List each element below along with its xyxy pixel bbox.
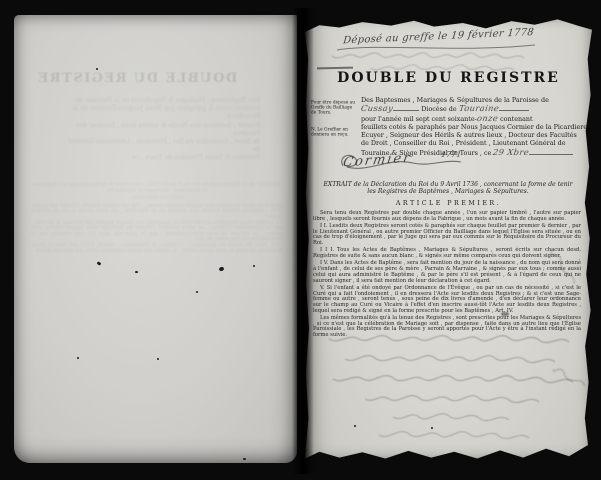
extract-heading: EXTRAIT de la Déclaration du Roi du 9 Av…: [319, 181, 577, 195]
fill-rule: [499, 106, 529, 111]
handwritten-parish: Cussay: [360, 104, 393, 112]
bleed-line: I I I. Tous les Actes de Baptêmes , Mari…: [31, 243, 283, 254]
printed-text: contenant: [500, 115, 533, 123]
extract-body: Sera tenu deux Registres par double chaq…: [313, 211, 581, 340]
ink-speck: [243, 458, 246, 460]
margin-note: Pour être déposé au Greffe du Bailliage …: [311, 100, 357, 115]
binding-gutter: [292, 8, 314, 474]
form-line: feuillets cotés & paraphés par Nous Jacq…: [361, 123, 587, 131]
ink-speck: [354, 425, 356, 427]
printed-text: de Droit , Conseiller du Roi , Président…: [361, 139, 565, 147]
signature-block: Cormier 1771: [335, 150, 505, 178]
fill-rule: [529, 150, 573, 155]
left-page: DOUBLE DU REGISTRE Des Baptesmes , Maria…: [14, 15, 297, 463]
printed-text: pour l'année mil sept cent soixante-: [361, 115, 477, 123]
printed-text: Ecuyer , Seigneur des Hérils & autres li…: [361, 131, 577, 139]
printed-text: feuillets cotés & paraphés par Nous Jacq…: [361, 123, 591, 131]
paragraph: Sera tenu deux Registres par double chaq…: [313, 211, 581, 222]
form-line: pour l'année mil sept cent soixante-onze…: [361, 114, 587, 123]
ink-speck: [135, 271, 138, 273]
ink-smudge: [501, 312, 509, 316]
margin-notes: Pour être déposé au Greffe du Bailliage …: [311, 100, 359, 133]
form-line: de Droit , Conseiller du Roi , Président…: [361, 139, 587, 147]
printed-text: Diocèse de: [421, 105, 456, 113]
ink-speck: [431, 427, 433, 429]
right-page: Déposé au greffe le 19 février 1778 DOUB…: [305, 14, 592, 463]
form-text: Des Baptesmes , Mariages & Sépultures de…: [361, 96, 587, 157]
bleed-line: Ecuyer , Seigneur des Hérils & autres li…: [62, 122, 260, 138]
handwritten-diocese: Touraine: [458, 104, 499, 112]
bleed-line: Touraine & Siège Présidial de Tours , ce: [62, 154, 260, 162]
fill-rule: [393, 106, 419, 111]
handwritten-year: onze: [476, 114, 498, 122]
ink-speck: [196, 291, 198, 293]
paragraph: V. Si l'enfant a été ondoyé par Ordonnan…: [313, 286, 581, 315]
bleedthrough-form-text: Des Baptesmes , Mariages & Sépultures de…: [62, 97, 260, 163]
paragraph: I I. Lesdits deux Registres seront cotés…: [313, 224, 581, 247]
ink-speck: [77, 357, 79, 359]
bleed-line: I I. Lesdits deux Registres seront cotés…: [31, 221, 283, 243]
page-title: DOUBLE DU REGISTRE: [305, 70, 592, 86]
bleedthrough-handwriting-bottom: [311, 332, 579, 454]
ink-speck: [157, 358, 159, 360]
bleed-line: de Droit , Conseiller du Roi , Président…: [62, 138, 260, 154]
left-page-bleedthrough: DOUBLE DU REGISTRE Des Baptesmes , Maria…: [14, 15, 297, 463]
bleedthrough-extract: EXTRAIT de la Déclaration du Roi du 9 Av…: [31, 183, 283, 254]
bleed-line: Sera tenu deux Registres par double chaq…: [31, 204, 283, 221]
document-scan: DOUBLE DU REGISTRE Des Baptesmes , Maria…: [0, 0, 601, 480]
bleed-line: EXTRAIT de la Déclaration du Roi du 9 Av…: [31, 183, 283, 194]
ink-speck: [96, 68, 98, 70]
bleedthrough-title: DOUBLE DU REGISTRE: [0, 71, 279, 86]
signature-year: 1771: [440, 150, 462, 159]
ink-speck: [253, 265, 255, 267]
form-line: Cussay Diocèse de Touraine: [361, 104, 587, 113]
article-heading: ARTICLE PREMIER.: [305, 200, 592, 207]
bleed-line: feuillets cotés & paraphés par Nous Jacq…: [62, 105, 260, 121]
bleed-line: Des Baptesmes , Mariages & Sépultures de…: [62, 97, 260, 105]
margin-note: N. Le Greffier en donnera un reçu.: [311, 127, 357, 137]
form-line: Ecuyer , Seigneur des Hérils & autres li…: [361, 131, 587, 139]
bleed-line: ARTICLE PREMIER.: [31, 196, 283, 202]
